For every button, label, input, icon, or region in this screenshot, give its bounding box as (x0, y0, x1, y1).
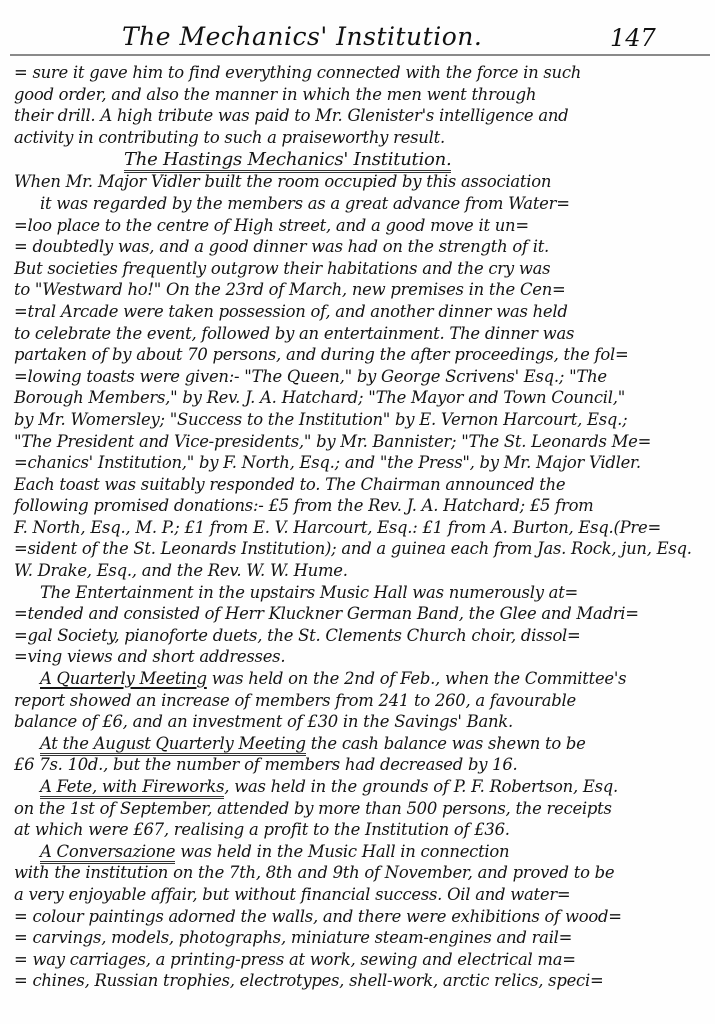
text-line: But societies frequently outgrow their h… (14, 258, 704, 280)
text-line: = sure it gave him to find everything co… (14, 62, 704, 84)
text-line: by Mr. Womersley; "Success to the Instit… (14, 409, 704, 431)
text-line: activity in contributing to such a prais… (14, 127, 704, 149)
text-line: following promised donations:- £5 from t… (14, 495, 704, 517)
text-line: =sident of the St. Leonards Institution)… (14, 538, 704, 560)
text-line: A Conversazione was held in the Music Ha… (14, 841, 704, 863)
text-line: F. North, Esq., M. P.; £1 from E. V. Har… (14, 517, 704, 539)
section-heading-text: The Hastings Mechanics' Institution. (124, 149, 451, 173)
text-line: W. Drake, Esq., and the Rev. W. W. Hume. (14, 560, 704, 582)
text-line: A Quarterly Meeting was held on the 2nd … (14, 668, 704, 690)
text-line: at which were £67, realising a profit to… (14, 819, 704, 841)
underlined-phrase: A Quarterly Meeting (40, 669, 207, 688)
text-line: Each toast was suitably responded to. Th… (14, 474, 704, 496)
text-line: = chines, Russian trophies, electrotypes… (14, 970, 704, 992)
text-line: their drill. A high tribute was paid to … (14, 105, 704, 127)
text-line: report showed an increase of members fro… (14, 690, 704, 712)
text-line: At the August Quarterly Meeting the cash… (14, 733, 704, 755)
manuscript-page: The Mechanics' Institution. 147 = sure i… (0, 0, 715, 1024)
text-line: balance of £6, and an investment of £30 … (14, 711, 704, 733)
text-line: = doubtedly was, and a good dinner was h… (14, 236, 704, 258)
text-line: =loo place to the centre of High street,… (14, 215, 704, 237)
text-line: to "Westward ho!" On the 23rd of March, … (14, 279, 704, 301)
text-line: on the 1st of September, attended by mor… (14, 798, 704, 820)
text-line: £6 7s. 10d., but the number of members h… (14, 754, 704, 776)
text-line: When Mr. Major Vidler built the room occ… (14, 171, 704, 193)
text-fragment: , was held in the grounds of P. F. Rober… (224, 777, 618, 796)
text-line: a very enjoyable affair, but without fin… (14, 884, 704, 906)
text-line: =tral Arcade were taken possession of, a… (14, 301, 704, 323)
manuscript-body: = sure it gave him to find everything co… (14, 62, 704, 992)
underlined-phrase: A Fete, with Fireworks (40, 777, 224, 799)
text-line: = way carriages, a printing-press at wor… (14, 949, 704, 971)
text-line: =ving views and short addresses. (14, 646, 704, 668)
text-line: to celebrate the event, followed by an e… (14, 323, 704, 345)
text-line: =lowing toasts were given:- "The Queen,"… (14, 366, 704, 388)
text-line: The Entertainment in the upstairs Music … (14, 582, 704, 604)
text-line: = colour paintings adorned the walls, an… (14, 906, 704, 928)
text-line: =chanics' Institution," by F. North, Esq… (14, 452, 704, 474)
text-line: with the institution on the 7th, 8th and… (14, 862, 704, 884)
text-fragment: was held on the 2nd of Feb., when the Co… (212, 669, 627, 688)
text-line: "The President and Vice-presidents," by … (14, 431, 704, 453)
text-line: Borough Members," by Rev. J. A. Hatchard… (14, 387, 704, 409)
text-line: = carvings, models, photographs, miniatu… (14, 927, 704, 949)
underlined-phrase: At the August Quarterly Meeting (40, 734, 306, 756)
text-fragment: the cash balance was shewn to be (311, 734, 586, 753)
text-line: =tended and consisted of Herr Kluckner G… (14, 603, 704, 625)
section-heading: The Hastings Mechanics' Institution. (14, 148, 704, 171)
text-line: partaken of by about 70 persons, and dur… (14, 344, 704, 366)
text-fragment: was held in the Music Hall in connection (180, 842, 509, 861)
underlined-phrase: A Conversazione (40, 842, 175, 864)
page-number: 147 (610, 24, 656, 52)
text-line: good order, and also the manner in which… (14, 84, 704, 106)
running-title: The Mechanics' Institution. (122, 22, 482, 51)
page-header: The Mechanics' Institution. 147 (10, 18, 710, 58)
text-line: it was regarded by the members as a grea… (14, 193, 704, 215)
header-rule (10, 54, 710, 56)
text-line: =gal Society, pianoforte duets, the St. … (14, 625, 704, 647)
text-line: A Fete, with Fireworks, was held in the … (14, 776, 704, 798)
